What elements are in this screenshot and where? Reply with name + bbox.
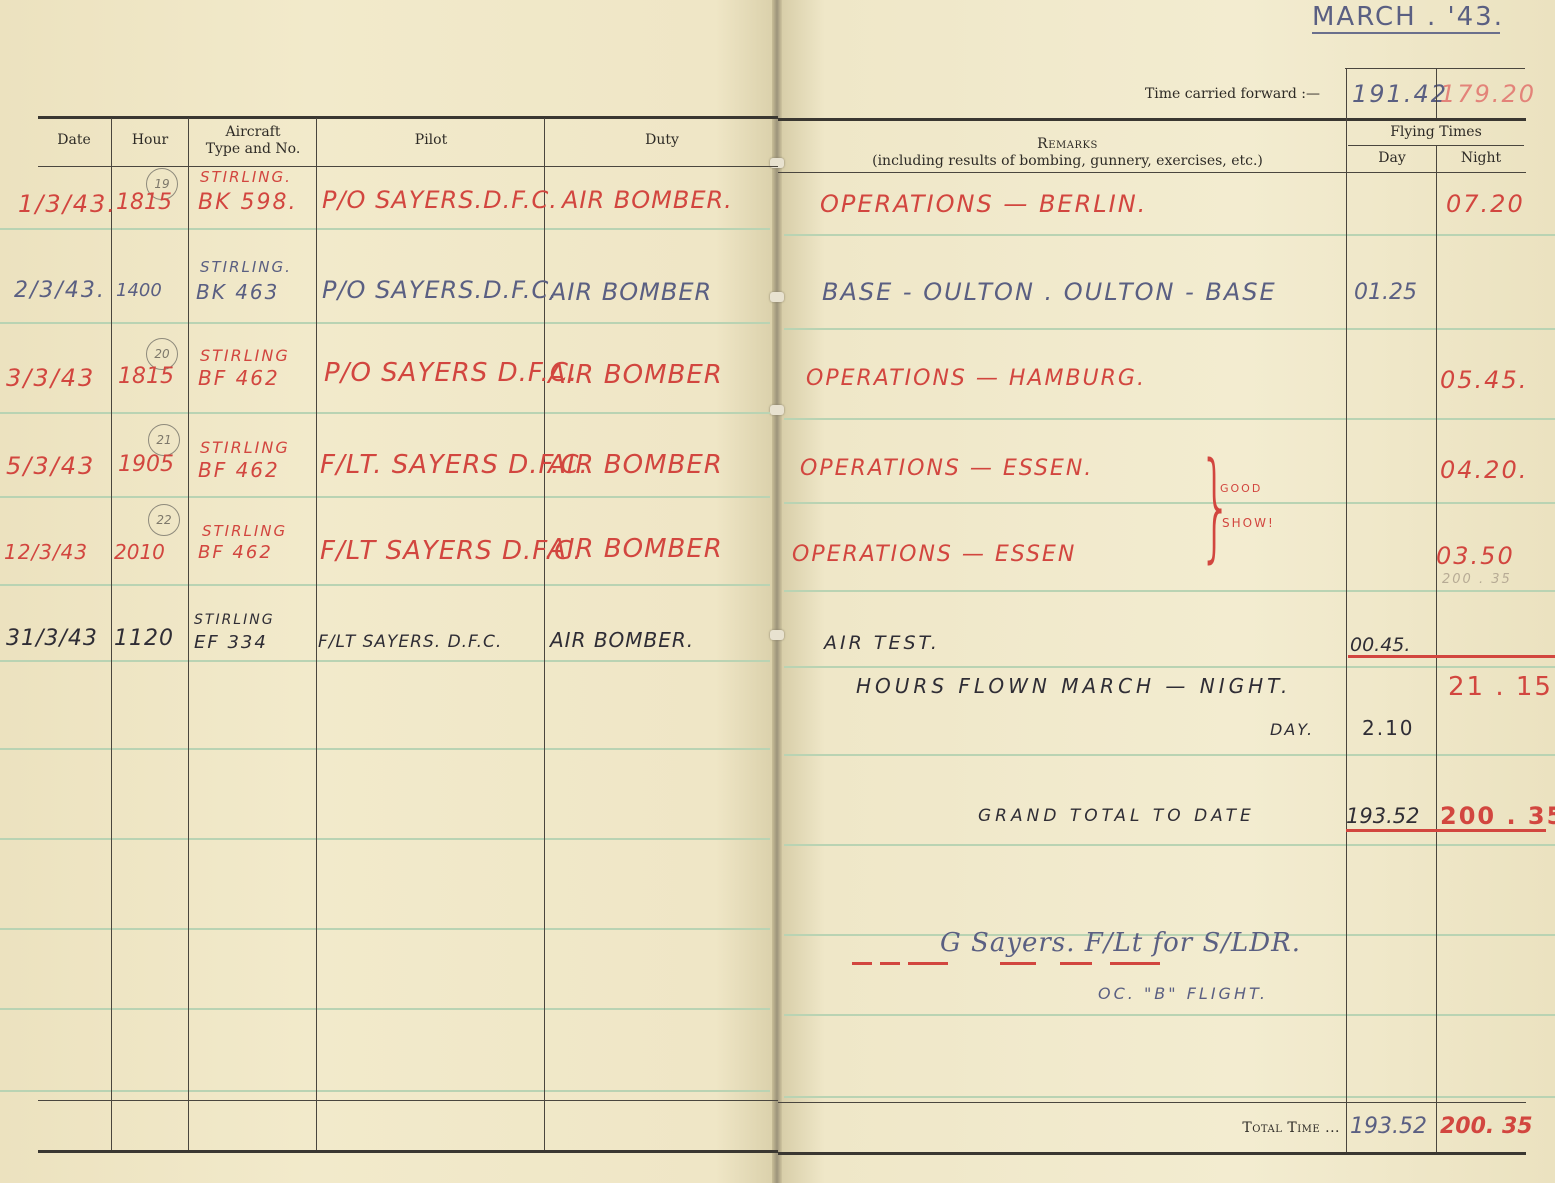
column-header-pilot: Pilot	[318, 132, 544, 149]
entry-hour: 1120	[114, 626, 174, 651]
entry-aircraft-type: STIRLING.	[200, 168, 292, 186]
entry-hour: 1905	[118, 452, 174, 477]
month-heading: MARCH . '43.	[1312, 2, 1504, 32]
bracket-note-good: GOOD	[1220, 482, 1262, 495]
column-header-day: Day	[1348, 150, 1436, 167]
entry-aircraft-no: BF 462	[198, 366, 280, 390]
entry-day-time: 00.45.	[1350, 634, 1410, 656]
entry-remarks: BASE - OULTON . OULTON - BASE	[822, 278, 1277, 306]
carried-forward-night: 179.20	[1440, 80, 1536, 108]
column-header-date: Date	[38, 132, 110, 149]
sortie-number-circle: 22	[148, 504, 180, 536]
entry-date: 2/3/43.	[14, 278, 106, 303]
carried-forward-day: 191.42	[1352, 80, 1448, 108]
entry-pilot: P/O SAYERS.D.F.C.	[322, 186, 558, 214]
column-header-hour: Hour	[112, 132, 188, 149]
entry-date: 5/3/43	[6, 452, 95, 480]
entry-night-time: 03.50	[1436, 542, 1515, 570]
entry-remarks: OPERATIONS — ESSEN	[792, 542, 1076, 567]
bracket-note-show: SHOW!	[1222, 516, 1275, 530]
entry-remarks: OPERATIONS — HAMBURG.	[806, 366, 1146, 391]
entry-aircraft-type: STIRLING	[194, 612, 275, 628]
entry-hour: 2010	[114, 540, 165, 564]
entry-aircraft-no: BF 462	[198, 458, 280, 482]
staple-icon	[770, 292, 784, 302]
entry-pilot: F/LT SAYERS. D.F.C.	[318, 632, 502, 652]
total-time-label: Total Time ...	[1150, 1120, 1340, 1137]
day-label: DAY.	[1270, 720, 1314, 739]
column-header-flying-times: Flying Times	[1348, 124, 1524, 141]
grand-total-label: GRAND TOTAL TO DATE	[978, 806, 1255, 826]
entry-pilot: P/O SAYERS.D.F.C.	[322, 276, 558, 304]
column-header-aircraft: Aircraft Type and No.	[190, 124, 316, 158]
faint-pencil-total: 200 . 35	[1442, 572, 1512, 587]
entry-aircraft-no: EF 334	[194, 632, 268, 653]
hours-flown-label: HOURS FLOWN MARCH — NIGHT.	[856, 674, 1291, 698]
red-underline	[1346, 829, 1546, 832]
entry-night-time: 04.20.	[1440, 456, 1528, 484]
entry-pilot: F/LT SAYERS D.F.C.	[320, 536, 583, 566]
entry-aircraft-type: STIRLING	[200, 346, 290, 365]
signature-role: OC. "B" FLIGHT.	[1098, 984, 1268, 1003]
entry-date: 12/3/43	[4, 540, 88, 564]
entry-remarks: OPERATIONS — BERLIN.	[820, 190, 1147, 218]
entry-duty: AIR BOMBER	[548, 534, 723, 564]
book-spine	[772, 0, 782, 1183]
left-page	[0, 0, 778, 1183]
entry-duty: AIR BOMBER	[548, 360, 723, 390]
entry-duty: AIR BOMBER	[548, 450, 723, 480]
entry-date: 31/3/43	[6, 626, 98, 651]
grand-total-day: 193.52	[1346, 804, 1419, 828]
entry-date: 1/3/43.	[18, 190, 117, 218]
entry-aircraft-no: BF 462	[198, 542, 273, 563]
entry-date: 3/3/43	[6, 364, 95, 392]
entry-pilot: P/O SAYERS D.F.C.	[324, 358, 578, 388]
hours-flown-night: 21 . 15	[1448, 672, 1553, 702]
entry-night-time: 05.45.	[1440, 366, 1528, 394]
entry-remarks: AIR TEST.	[824, 632, 940, 654]
entry-aircraft-type: STIRLING	[200, 438, 290, 457]
column-header-night: Night	[1438, 150, 1524, 167]
staple-icon	[770, 405, 784, 415]
column-header-remarks: Remarks (including results of bombing, g…	[790, 136, 1345, 170]
staple-icon	[770, 630, 784, 640]
entry-aircraft-no: BK 598.	[198, 190, 298, 215]
entry-aircraft-no: BK 463	[196, 280, 279, 304]
entry-hour: 1815	[118, 364, 174, 389]
time-carried-forward-label: Time carried forward :—	[1100, 86, 1320, 103]
hours-flown-day: 2.10	[1362, 716, 1415, 740]
month-heading-underline	[1312, 32, 1500, 34]
red-underline	[1348, 655, 1555, 658]
total-time-day: 193.52	[1350, 1114, 1427, 1139]
entry-remarks: OPERATIONS — ESSEN.	[800, 456, 1093, 481]
entry-hour: 1815	[116, 190, 172, 215]
grand-total-night: 200 . 35	[1440, 802, 1555, 830]
entry-aircraft-type: STIRLING.	[200, 258, 292, 276]
entry-aircraft-type: STIRLING	[202, 522, 287, 540]
entry-day-time: 01.25	[1354, 280, 1417, 305]
entry-duty: AIR BOMBER	[550, 278, 712, 306]
curly-brace-icon: }	[1199, 446, 1233, 564]
total-time-night: 200. 35	[1440, 1114, 1533, 1139]
entry-night-time: 07.20	[1446, 190, 1525, 218]
entry-duty: AIR BOMBER.	[550, 628, 694, 652]
entry-hour: 1400	[116, 280, 162, 301]
entry-duty: AIR BOMBER.	[562, 186, 733, 214]
signature: G Sayers. F/Lt for S/LDR.	[940, 928, 1301, 958]
column-header-duty: Duty	[546, 132, 778, 149]
